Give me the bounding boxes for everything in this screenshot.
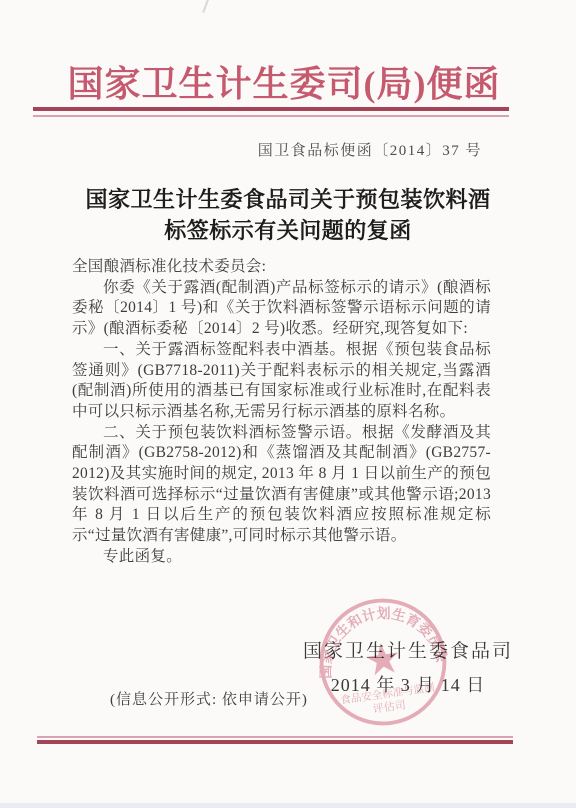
footer-rule-thick [37, 740, 513, 744]
document-title-line1: 国家卫生计生委食品司关于预包装饮料酒 [0, 184, 576, 215]
body-paragraph-intro: 你委《关于露酒(配制酒)产品标签标示的请示》(酿酒标委秘〔2014〕1 号)和《… [72, 278, 491, 340]
document-number: 国卫食品标便函〔2014〕37 号 [0, 139, 482, 160]
salutation: 全国酿酒标准化技术委员会: [72, 257, 491, 278]
body-paragraph-item2: 二、关于预包装饮料酒标签警示语。根据《发酵酒及其配制酒》(GB2758-2012… [72, 423, 491, 547]
header-rule-thin [33, 115, 509, 117]
letter-body: 全国酿酒标准化技术委员会: 你委《关于露酒(配制酒)产品标签标示的请示》(酿酒标… [72, 257, 491, 568]
signature-block: 国家卫生计生委食品司 2014 年 3 月 14 日 [285, 636, 531, 697]
footer-rule-thin [37, 736, 513, 738]
document-title: 国家卫生计生委食品司关于预包装饮料酒 标签标示有关问题的复函 [0, 184, 576, 246]
scan-bottom-edge [0, 803, 576, 808]
document-title-line2: 标签标示有关问题的复函 [0, 215, 576, 246]
letterhead-title: 国家卫生计生委司(局)便函 [0, 56, 568, 107]
scanned-official-letter: 国家卫生计生委司(局)便函 国卫食品标便函〔2014〕37 号 国家卫生计生委食… [0, 0, 576, 808]
scan-artifact-line [202, 0, 209, 13]
body-paragraph-item1: 一、关于露酒标签配料表中酒基。根据《预包装食品标签通则》(GB7718-2011… [72, 340, 491, 423]
disclosure-note: (信息公开形式: 依申请公开) [110, 688, 308, 709]
closing-phrase: 专此函复。 [72, 547, 491, 568]
header-rule-thick [33, 107, 509, 111]
signature-date: 2014 年 3 月 14 日 [285, 671, 531, 697]
seal-bottom-text-line2: 评估司 [372, 697, 407, 715]
signature-organization: 国家卫生计生委食品司 [285, 636, 531, 663]
